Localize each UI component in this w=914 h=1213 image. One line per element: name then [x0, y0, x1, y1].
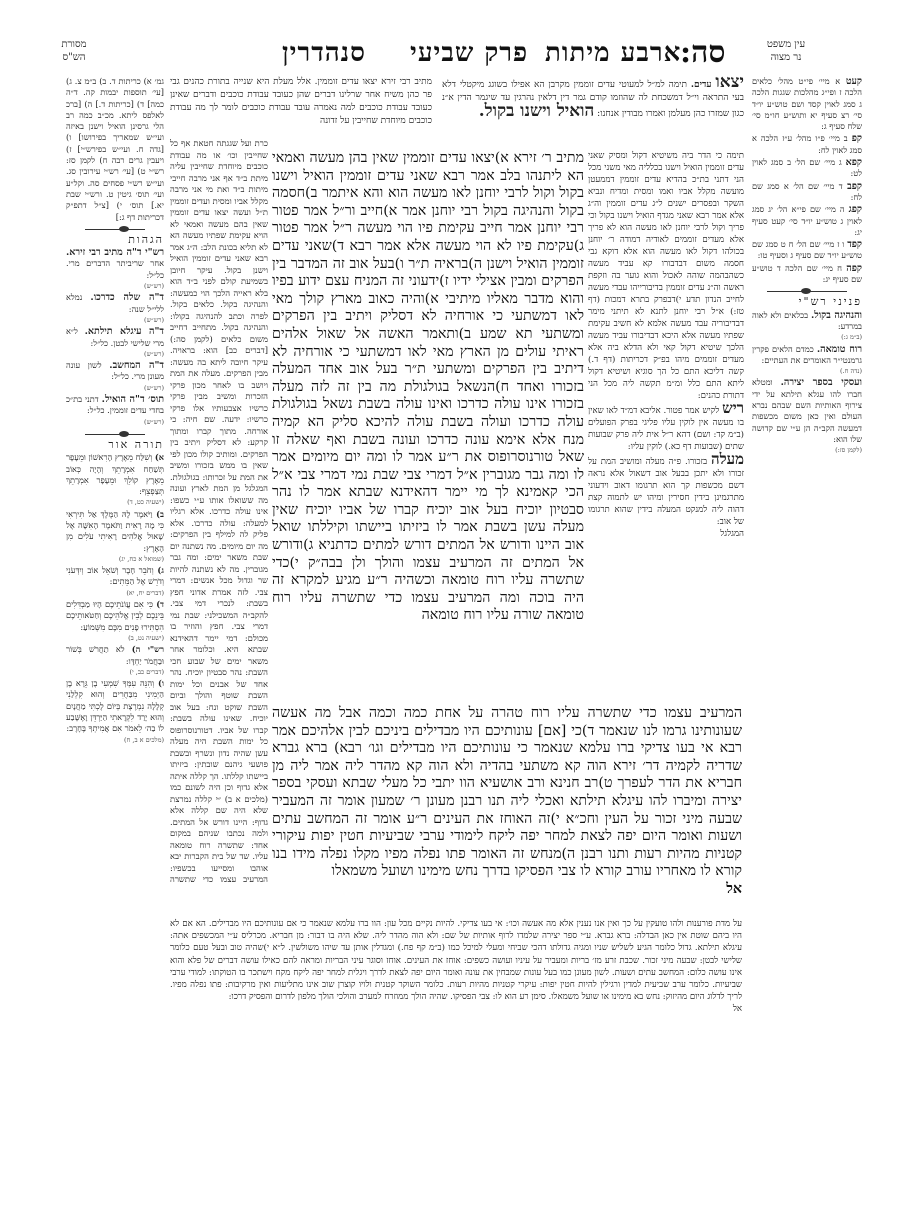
tosafot-tail: המגלגל [588, 528, 744, 540]
ornament-divider [85, 229, 145, 230]
ein-mishpat-column: קעט א מיי׳ פי״ט מהל׳ כלאים הלכה ז ופי״ג … [752, 76, 862, 736]
tractate-title: סנהדרין [282, 38, 366, 68]
gemara-wide: המרעיב עצמו כדי שתשרה עליו רוח טהרה על א… [272, 705, 742, 910]
torah-or-title: תורה אור [66, 439, 164, 450]
ein-mishpat-entry: קפב ד מיי׳ שם הל׳ א סמג שם לח: [752, 181, 862, 204]
hagahot-entry: ד"ה המחשב. לשון עונה מעונן מרי. כל״ל:(רש… [66, 360, 164, 394]
hagahot-entry: תוס׳ ד"ה הואיל. דתני בת״כ בחדי עדים זוממ… [66, 394, 164, 428]
tosafot-top: יצאו עדים. תימה למ״ל למעוטי עדים זוממין … [442, 76, 744, 148]
torah-or-entry: ב) וַיֹּאמֶר לָהּ הַמֶּלֶךְ אַל תִּירְאִ… [66, 509, 164, 565]
ornament-divider [767, 291, 847, 292]
tosafot-maaleh: מעלה בזכורו. פ״ה מעלה ומושיב המת על זכור… [588, 453, 744, 528]
hagahot-entry: רש"י ד"ה מתיב רבי זירא. אחר שריביתר הדבר… [66, 247, 164, 292]
ein-mishpat-header: עין משפט נר מצוה [756, 38, 816, 64]
rashi-catchword: אל [170, 1003, 742, 1015]
ein-mishpat-entry: קפא ג מיי׳ שם הל׳ ב סמג לאוין לט: [752, 157, 862, 180]
torah-or-entry: ו) וְהִנֵּה עִמְּךָ שִׁמְעִי בֶן גֵּרָא … [66, 678, 164, 746]
masoret-label-line1: מסורת [44, 38, 104, 51]
hagahot-entry: ד"ה עיגלא תילתא. ל״א מרי שלישי לבטן. כל״… [66, 326, 164, 360]
torah-or-entry: ד) כִּי אִם עֲוֹנֹתֵיכֶם הָיוּ מַבְדִּלִ… [66, 599, 164, 644]
penine-entry: רוח טומאה. כמדם הלאים פקרין גרמנטי״ר האו… [752, 344, 862, 378]
ein-mishpat-entry: קפג ה מיי׳ שם פי״א הל׳ יג סמג לאוין ג טו… [752, 204, 862, 238]
torah-or-entry: רש"י ה) לֹא תַחֲרֹשׁ בְּשׁוֹר וּבַחֲמֹר … [66, 644, 164, 678]
rashi-column: כרת ועל שגגתה חטאת אף כל שחייבין וכו׳ או… [170, 138, 268, 883]
ein-mishpat-entry: קעט א מיי׳ פי״ט מהל׳ כלאים הלכה ז ופי״ג … [752, 76, 862, 132]
penine-entry: ועסקי בספר יצירה. ומטלא חברו להו עגלא תי… [752, 377, 862, 456]
chapter-number: פרק שביעי [410, 38, 528, 68]
rashi-top: מתיב רבי זירא יצאו עדים זוממין. אלל מעלת… [170, 76, 432, 136]
masoret-column: גמ׳ א) כריתות ד. ב) ב״מ צ. ג) [עי׳ תוספו… [66, 76, 164, 1086]
gemara-text-part1: מתיב ר׳ זירא א)יצאו עדים זוממין שאין בהן… [272, 150, 584, 625]
tosafot-reish: ריש לקיש אמר פטור. אליבא דמ״ד לאו שאין ב… [588, 402, 744, 453]
tosafot-column: תימה כי הדר ביה משיטיא דקול ומסיק שאני ע… [588, 150, 744, 695]
gemara-text-part2: המרעיב עצמו כדי שתשרה עליו רוח טהרה על א… [272, 705, 742, 881]
hagahot-title: הגהות [66, 234, 164, 245]
masoret-hashas-header: מסורת הש"ס [44, 38, 104, 64]
tosafot-lead-word: יצאו [715, 76, 744, 92]
ein-mishpat-entry: קפ ב מיי׳ פ״ו מהל׳ ע״ז הלכה א סמג לאוין … [752, 133, 862, 156]
chapter-name: ארבע מיתות [545, 38, 681, 68]
ornament-divider [85, 434, 145, 435]
masoret-hashas-text: גמ׳ א) כריתות ד. ב) ב״מ צ. ג) [עי׳ תוספו… [66, 76, 164, 223]
rashi-body: כרת ועל שגגתה חטאת אף כל שחייבין וכו׳ או… [170, 138, 268, 883]
hagahot-entry: ד"ה שלה כדרכו. נמלא ללי״ל שנה:(רש״ש) [66, 292, 164, 326]
torah-or-entry: ג) וְחֹבֵר חָבֶר וְשֹׁאֵל אוֹב וְיִדְּעֹ… [66, 565, 164, 599]
masoret-label-line2: הש"ס [44, 51, 104, 64]
gemara-main: מתיב ר׳ זירא א)יצאו עדים זוממין שאין בהן… [272, 150, 584, 705]
gemara-catchword: אל [272, 881, 742, 899]
ein-mishpat-label-line2: נר מצוה [756, 51, 816, 64]
ein-mishpat-entry: קפד ו ז מיי׳ שם הל׳ ח ט סמג שם טוש״ע יו״… [752, 239, 862, 262]
torah-or-entry: א) וְשִׁלַּח מֵאֶרֶץ הָרִאשׁוֹן וּמֵעָפָ… [66, 452, 164, 508]
rashi-bottom: על מדת פורענות ולהו טועקין על כך ואין אנ… [170, 918, 742, 1068]
daf-number: סה: [680, 35, 725, 70]
tosafot-body: תימה כי הדר ביה משיטיא דקול ומסיק שאני ע… [588, 150, 744, 402]
ein-mishpat-label-line1: עין משפט [756, 38, 816, 51]
penine-rashi-title: פניני רש"י [752, 296, 862, 307]
penine-entry: והנהיגה בקול. בכלאים ולא לאוה במרדע:(ב״מ… [752, 310, 862, 344]
ein-mishpat-entry: קפה ח מיי׳ שם הלכה ד טוש״ע שם סעיף יג: [752, 263, 862, 286]
